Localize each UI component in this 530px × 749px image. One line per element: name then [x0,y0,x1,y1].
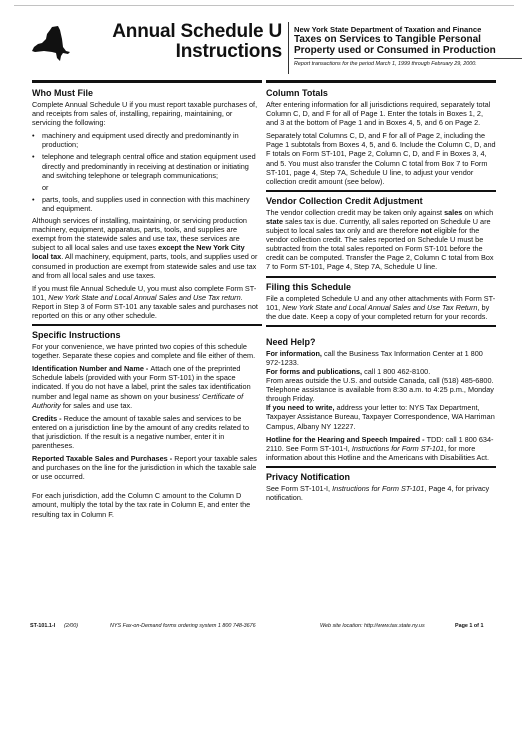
bullet-list: machinery and equipment used directly an… [32,131,262,179]
section-rule [32,324,262,326]
section-rule [32,80,262,83]
jurisdiction-paragraph: For each jurisdiction, add the Column C … [32,491,262,518]
paragraph: See Form ST-101-I, Instructions for Form… [266,484,496,502]
section-rule [266,80,496,83]
subtitle-line-2: Property used or Consumed in Production [294,45,524,56]
list-item: parts, tools, and supplies used in conne… [42,195,262,213]
need-help-section: Need Help? For information, call the Bus… [266,337,496,462]
paragraph: After entering information for all juris… [266,100,496,127]
header-info: New York State Department of Taxation an… [294,25,524,68]
section-heading: Column Totals [266,88,496,99]
credits-paragraph: Credits - Reduce the amount of taxable s… [32,414,262,450]
list-item: machinery and equipment used directly an… [42,131,262,149]
department-name: New York State Department of Taxation an… [294,25,524,34]
specific-instructions-section: Specific Instructions For your convenien… [32,330,262,519]
new-york-state-map-icon [30,25,72,63]
section-rule [266,276,496,278]
column-totals-section: Column Totals After entering information… [266,88,496,186]
section-rule [266,466,496,468]
intro-text: For your convenience, we have printed tw… [32,342,262,360]
who-must-file-section: Who Must File Complete Annual Schedule U… [32,88,262,320]
page-title: Annual Schedule U Instructions [74,22,282,62]
title-line-1: Annual Schedule U [74,22,282,42]
section-rule [266,325,496,327]
section-heading: Need Help? [266,337,496,348]
write-line: If you need to write, address your lette… [266,403,496,430]
subtitle-rule [294,58,522,59]
outside-us-line: From areas outside the U.S. and outside … [266,376,496,403]
web-site-location: Web site location: http://www.tax.state.… [320,623,425,629]
page-number: Page 1 of 1 [455,623,483,629]
document-header: Annual Schedule U Instructions New York … [30,22,500,74]
section-heading: Who Must File [32,88,262,99]
section-heading: Vendor Collection Credit Adjustment [266,196,496,207]
reported-sales-paragraph: Reported Taxable Sales and Purchases - R… [32,454,262,481]
hotline-line: Hotline for the Hearing and Speech Impai… [266,435,496,462]
exemption-paragraph: Although services of installing, maintai… [32,216,262,280]
form-date: (2/00) [64,623,78,629]
reporting-period: Report transactions for the period March… [294,61,524,68]
intro-text: Complete Annual Schedule U if you must r… [32,100,262,127]
paragraph: File a completed Schedule U and any othe… [266,294,496,321]
scan-top-line [14,5,514,6]
section-rule [266,190,496,192]
vendor-credit-section: Vendor Collection Credit Adjustment The … [266,196,496,272]
information-line: For information, call the Business Tax I… [266,349,496,367]
section-heading: Specific Instructions [32,330,262,341]
subtitle-line-1: Taxes on Services to Tangible Personal [294,34,524,45]
page-footer: ST-101.1-I (2/00) NYS Fax-on-Demand form… [30,623,500,631]
st101-paragraph: If you must file Annual Schedule U, you … [32,284,262,320]
or-text: or [42,183,262,192]
paragraph: The vendor collection credit may be take… [266,208,496,272]
section-heading: Filing this Schedule [266,282,496,293]
filing-section: Filing this Schedule File a completed Sc… [266,282,496,321]
forms-line: For forms and publications, call 1 800 4… [266,367,496,376]
title-line-2: Instructions [74,42,282,62]
section-heading: Privacy Notification [266,472,496,483]
paragraph: Separately total Columns C, D, and F for… [266,131,496,186]
form-number: ST-101.1-I [30,623,55,629]
fax-on-demand: NYS Fax-on-Demand forms ordering system … [110,623,256,629]
bullet-list: parts, tools, and supplies used in conne… [32,195,262,213]
left-column: Who Must File Complete Annual Schedule U… [32,80,262,523]
header-divider [288,22,289,74]
list-item: telephone and telegraph central office a… [42,152,262,179]
privacy-section: Privacy Notification See Form ST-101-I, … [266,472,496,502]
right-column: Column Totals After entering information… [266,80,496,506]
identification-paragraph: Identification Number and Name - Attach … [32,364,262,409]
